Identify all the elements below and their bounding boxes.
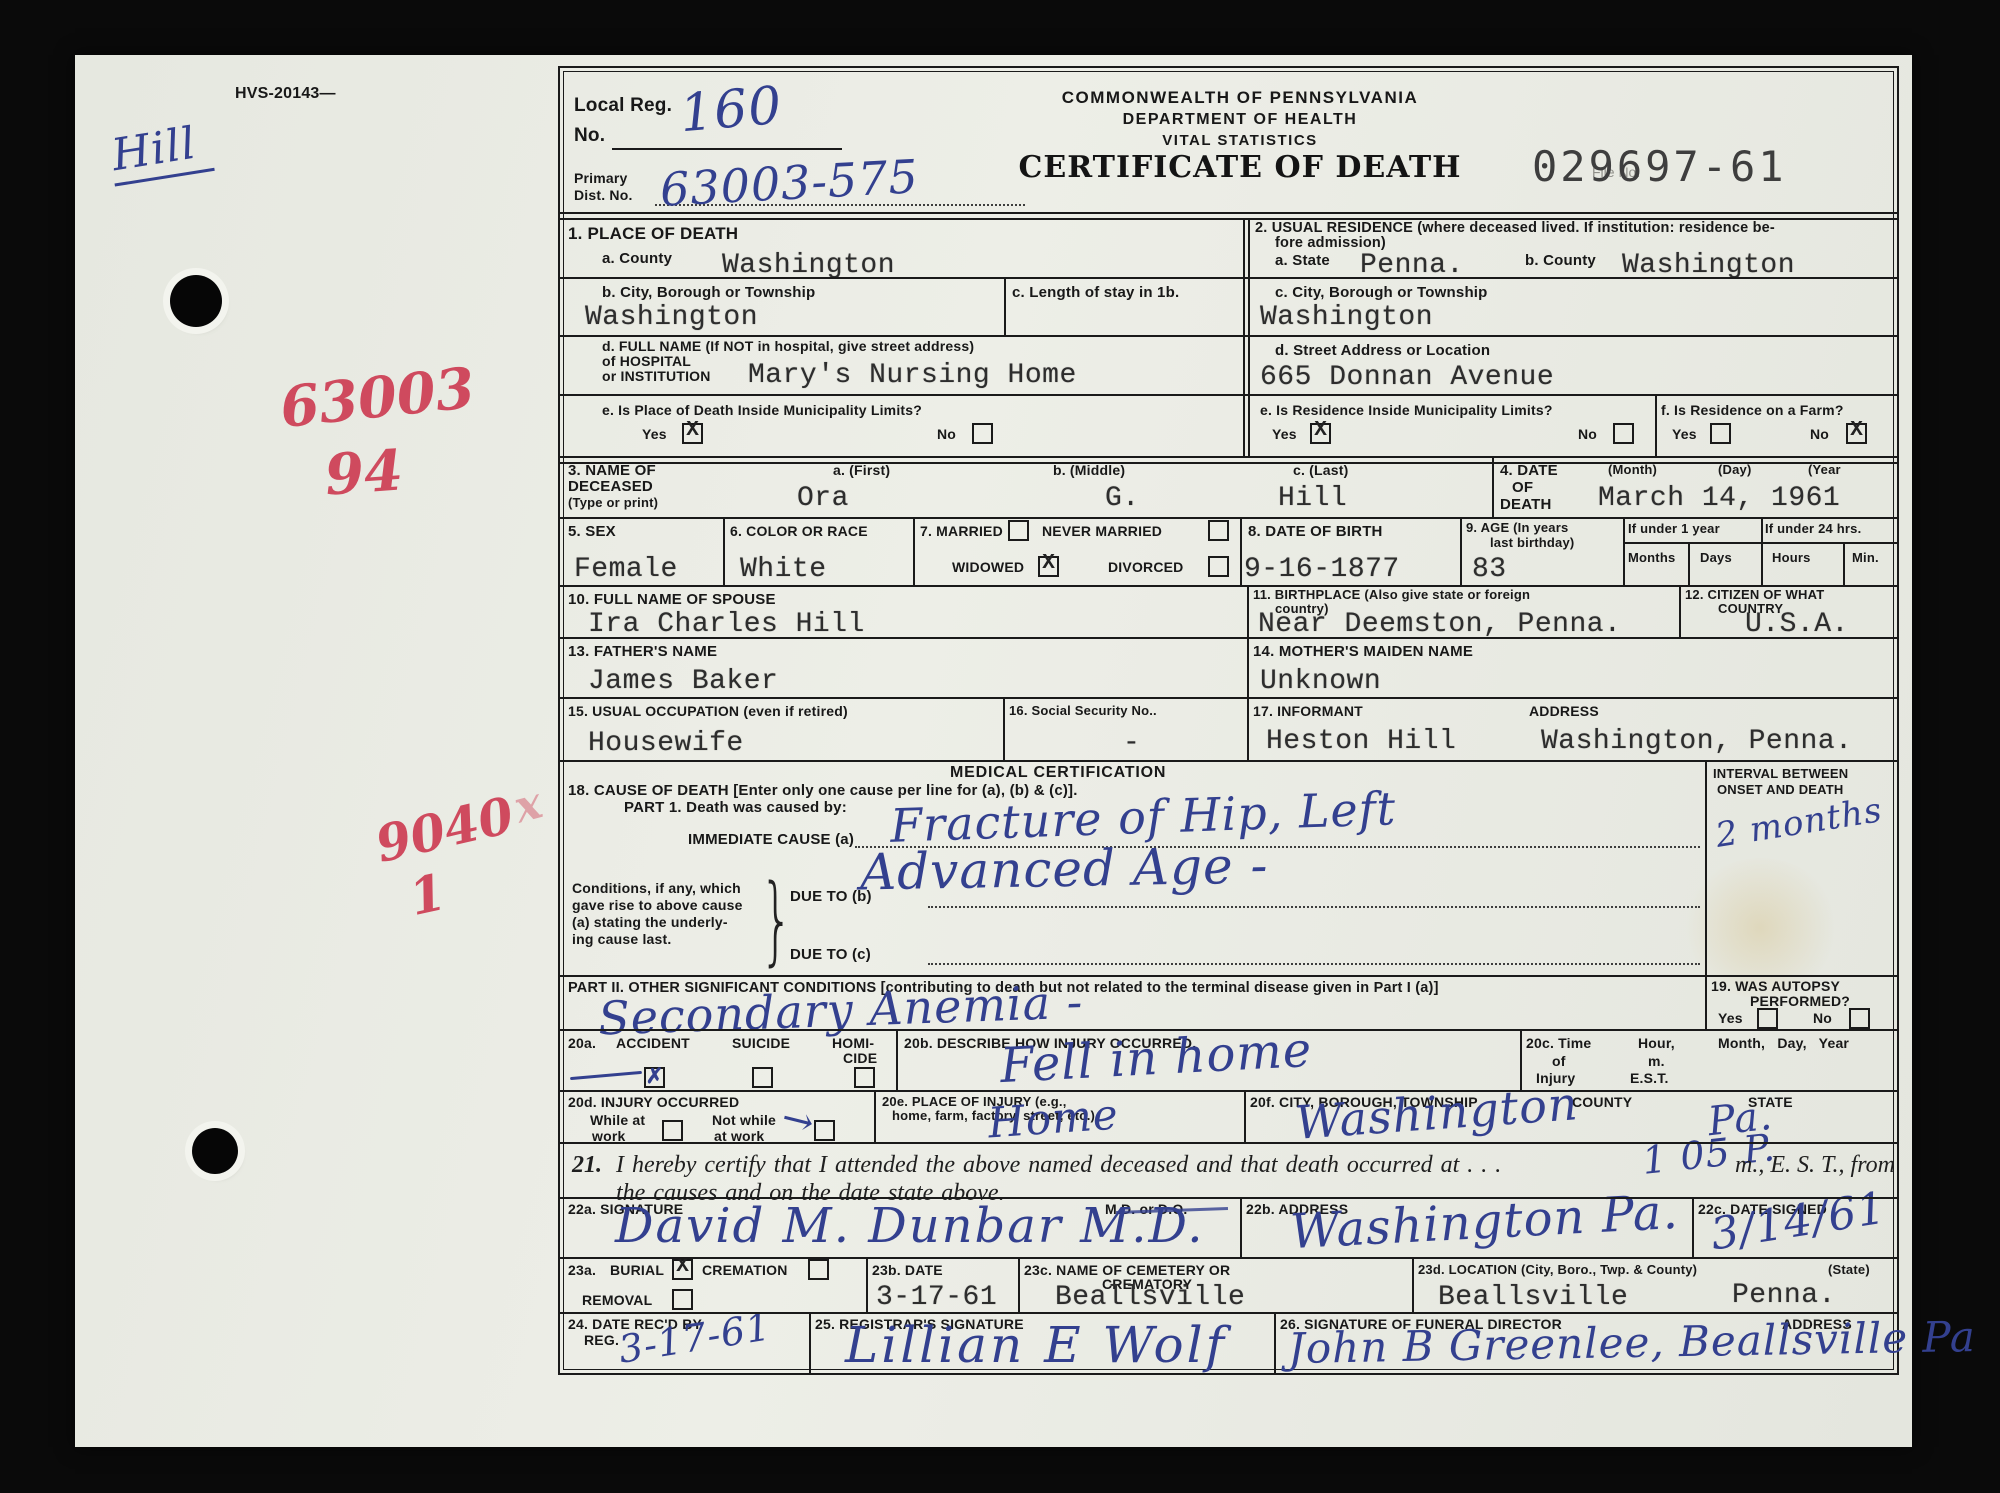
- s23a-num: 23a.: [568, 1262, 596, 1278]
- s2e-no-checkbox: [1613, 423, 1634, 444]
- paper-stain: [1680, 858, 1840, 998]
- s1b-city-value: Washington: [585, 302, 758, 333]
- s1e-label: e. Is Place of Death Inside Municipality…: [602, 402, 922, 418]
- form-reference-number: HVS-20143—: [235, 85, 336, 103]
- s9-label-1: 9. AGE (In years: [1466, 520, 1568, 535]
- s23a-cremation-checkbox: [808, 1259, 829, 1280]
- s20d-while-label-1: While at: [590, 1112, 645, 1128]
- s24-date-handwritten: 3-17-61: [616, 1304, 775, 1371]
- s18-conditions-line2: gave rise to above cause: [572, 897, 743, 913]
- grid-line-vertical: [1247, 585, 1249, 760]
- punch-hole: [192, 1128, 238, 1174]
- s3-last-name: Hill: [1278, 483, 1347, 514]
- header-divider: [560, 212, 1897, 220]
- s16-label: 16. Social Security No..: [1009, 703, 1157, 718]
- s20d-while-checkbox: [662, 1120, 683, 1141]
- s1d-label-3: or INSTITUTION: [602, 368, 711, 384]
- s4-label-2: OF: [1512, 479, 1533, 496]
- s1c-label: c. Length of stay in 1b.: [1012, 284, 1179, 301]
- vital-statistics-line: VITAL STATISTICS: [860, 132, 1620, 149]
- s20a-accident-label: ACCIDENT: [616, 1035, 690, 1051]
- s2f-label: f. Is Residence on a Farm?: [1661, 402, 1844, 418]
- local-reg-underline: [612, 148, 842, 150]
- grid-line-vertical: [1244, 1090, 1246, 1142]
- s22b-address-handwritten: Washington Pa.: [1289, 1184, 1680, 1260]
- grid-line: [560, 637, 1897, 639]
- s4-day-label: (Day): [1718, 462, 1752, 477]
- s11-label-1: 11. BIRTHPLACE (Also give state or forei…: [1253, 587, 1530, 602]
- physician-signature: David M. Dunbar M.D.: [615, 1198, 1205, 1254]
- s1b-label: b. City, Borough or Township: [602, 284, 815, 301]
- grid-line-vertical: [1240, 1197, 1242, 1257]
- s2e-no-label: No: [1578, 426, 1597, 442]
- s3-middle-name: G.: [1105, 483, 1140, 514]
- grid-line: [560, 1197, 1897, 1199]
- grid-line-vertical: [1655, 394, 1657, 458]
- s18-part1-label: PART 1. Death was caused by:: [624, 799, 847, 816]
- s20f-city-handwritten: Washington: [1293, 1076, 1580, 1150]
- s20f-county-label: COUNTY: [1572, 1094, 1632, 1110]
- s2c-label: c. City, Borough or Township: [1275, 284, 1488, 301]
- primary-label: Primary: [574, 170, 628, 186]
- s7-never-married-checkbox: [1208, 520, 1229, 541]
- s19-yes-label: Yes: [1718, 1010, 1743, 1026]
- s4-year-label: (Year: [1808, 462, 1841, 477]
- s2a-label: a. State: [1275, 252, 1330, 269]
- s1e-yes-checkbox: X: [682, 423, 703, 444]
- s20c-mdy-label: Month, Day, Year: [1718, 1035, 1849, 1051]
- s20d-notwhile-label-1: Not while: [712, 1112, 776, 1128]
- handwritten-surname-note: Hill: [106, 115, 214, 186]
- interval-label-2: ONSET AND DEATH: [1717, 782, 1844, 797]
- s1e-yes-label: Yes: [642, 426, 667, 442]
- grid-line: [560, 1257, 1897, 1259]
- s1-title: 1. PLACE OF DEATH: [568, 224, 738, 244]
- department-line: DEPARTMENT OF HEALTH: [860, 111, 1620, 129]
- s9-under24-label: If under 24 hrs.: [1765, 521, 1861, 536]
- s2d-label: d. Street Address or Location: [1275, 342, 1490, 359]
- s5-label: 5. SEX: [568, 523, 616, 540]
- s2b-label: b. County: [1525, 252, 1596, 269]
- red-pencil-code-line2: 94: [323, 437, 405, 508]
- s3a-label: a. (First): [833, 462, 890, 478]
- punch-hole: [170, 275, 222, 327]
- s23d-label: 23d. LOCATION (City, Boro., Twp. & Count…: [1418, 1262, 1697, 1277]
- dist-no-label: Dist. No.: [574, 187, 633, 203]
- s20a-suicide-label: SUICIDE: [732, 1035, 790, 1051]
- s19-no-checkbox: [1849, 1008, 1870, 1029]
- s23a-burial-checkbox: X: [672, 1259, 693, 1280]
- s20d-label: 20d. INJURY OCCURRED: [568, 1094, 739, 1110]
- s10-label: 10. FULL NAME OF SPOUSE: [568, 591, 776, 608]
- grid-line: [560, 277, 1897, 279]
- s10-spouse-value: Ira Charles Hill: [588, 609, 865, 640]
- grid-line-vertical: [866, 1257, 868, 1312]
- grid-line-vertical: [1412, 1257, 1414, 1312]
- s20c-m-label: m.: [1648, 1053, 1665, 1069]
- s21-statement-pre: I hereby certify that I attended the abo…: [616, 1152, 1501, 1179]
- grid-line-vertical: [1492, 456, 1494, 517]
- s3c-label: c. (Last): [1293, 462, 1348, 478]
- s19-no-label: No: [1813, 1010, 1832, 1026]
- s18-conditions-line3: (a) stating the underly-: [572, 914, 728, 930]
- interval-value-handwritten: 2 months: [1713, 790, 1885, 856]
- s12-label-1: 12. CITIZEN OF WHAT: [1685, 587, 1824, 602]
- certificate-title: CERTIFICATE OF DEATH: [860, 150, 1620, 185]
- s23d-state-label: (State): [1828, 1262, 1870, 1277]
- s8-label: 8. DATE OF BIRTH: [1248, 523, 1383, 540]
- grid-line-vertical: [1843, 542, 1845, 585]
- grid-line-vertical: [1679, 585, 1681, 637]
- grid-line: [560, 760, 1897, 762]
- s24-label-2: REG.: [584, 1332, 619, 1348]
- s23d-state-value: Penna.: [1732, 1280, 1836, 1311]
- medical-certification-title: MEDICAL CERTIFICATION: [950, 764, 1166, 782]
- s2f-no-mark: X: [1846, 419, 1867, 442]
- s20e-value-handwritten: Home: [986, 1090, 1120, 1148]
- s17-informant-address-value: Washington, Penna.: [1541, 726, 1852, 757]
- s20a-accident-mark: ✗: [644, 1063, 665, 1088]
- grid-line-vertical: [874, 1090, 876, 1142]
- s23c-cemetery-value: Beallsville: [1055, 1282, 1245, 1313]
- s8-date-of-birth-value: 9-16-1877: [1244, 554, 1400, 585]
- s1d-label-2: of HOSPITAL: [602, 353, 691, 369]
- s1d-label-1: d. FULL NAME (If NOT in hospital, give s…: [602, 338, 974, 354]
- s7-widowed-checkbox: X: [1038, 556, 1059, 577]
- s21-statement-post: m., E. S. T., from: [1735, 1152, 1895, 1179]
- grid-line: [560, 517, 1897, 519]
- red-pencil-cause-code: 9040: [370, 785, 519, 874]
- s9-label-2: last birthday): [1490, 535, 1574, 550]
- s16-ssn-value: -: [1123, 728, 1140, 759]
- grid-line: [560, 697, 1897, 699]
- s9-hours-label: Hours: [1772, 550, 1811, 565]
- s22c-date-handwritten: 3/14/61: [1707, 1182, 1889, 1260]
- grid-line: [560, 1142, 1897, 1144]
- s23b-label: 23b. DATE: [872, 1262, 943, 1278]
- brace-glyph: }: [760, 864, 794, 976]
- s1e-no-label: No: [937, 426, 956, 442]
- grid-line-vertical: [1243, 218, 1245, 458]
- local-reg-label: Local Reg.: [574, 95, 672, 117]
- s2e-label: e. Is Residence Inside Municipality Limi…: [1260, 402, 1553, 418]
- s18-conditions-line4: ing cause last.: [572, 931, 671, 947]
- red-pencil-code-line2: 1: [404, 862, 450, 927]
- grid-line-vertical: [913, 517, 915, 585]
- cause-b-handwritten: Advanced Age -: [860, 836, 1269, 901]
- s2f-no-label: No: [1810, 426, 1829, 442]
- s4-label-3: DEATH: [1500, 496, 1552, 513]
- s7-married-label: 7. MARRIED: [920, 523, 1003, 539]
- s2d-address-value: 665 Donnan Avenue: [1260, 362, 1554, 393]
- s20c-est-label: E.S.T.: [1630, 1070, 1669, 1086]
- grid-line: [560, 1312, 1897, 1314]
- grid-line-vertical: [723, 517, 725, 585]
- grid-line-vertical: [1705, 760, 1707, 1029]
- s2e-yes-checkbox: X: [1310, 423, 1331, 444]
- grid-line: [560, 394, 1897, 396]
- s4-month-label: (Month): [1608, 462, 1657, 477]
- grid-line-vertical: [1003, 697, 1005, 760]
- s3-first-name: Ora: [797, 483, 849, 514]
- file-number-stamp: 029697-61: [1532, 142, 1787, 191]
- s1a-label: a. County: [602, 250, 672, 267]
- grid-line-vertical: [1520, 1029, 1522, 1090]
- s2f-no-checkbox: X: [1846, 423, 1867, 444]
- s17-informant-value: Heston Hill: [1266, 726, 1456, 757]
- s19-yes-checkbox: [1757, 1008, 1778, 1029]
- s2f-yes-label: Yes: [1672, 426, 1697, 442]
- grid-line: [560, 1029, 1897, 1031]
- paper-sheet: HVS-20143— Hill 63003 94 9040 x 1 Local …: [75, 55, 1912, 1447]
- grid-line-vertical: [896, 1029, 898, 1090]
- grid-line-vertical: [1761, 517, 1763, 585]
- s20a-suicide-checkbox: [752, 1067, 773, 1088]
- s12-citizen-value: U.S.A.: [1745, 609, 1849, 640]
- grid-line-vertical: [1460, 517, 1462, 585]
- s17-address-label: ADDRESS: [1529, 703, 1599, 719]
- grid-line-vertical: [1004, 277, 1006, 335]
- s19-label-1: 19. WAS AUTOPSY: [1711, 978, 1840, 994]
- s15-occupation-value: Housewife: [588, 728, 744, 759]
- grid-line-vertical: [1623, 517, 1625, 585]
- grid-line-vertical: [1688, 542, 1690, 585]
- s7-never-married-label: NEVER MARRIED: [1042, 523, 1162, 539]
- s7-widowed-mark: X: [1038, 552, 1059, 575]
- s1e-no-checkbox: [972, 423, 993, 444]
- s23a-removal-label: REMOVAL: [582, 1292, 652, 1308]
- s23a-removal-checkbox: [672, 1289, 693, 1310]
- s9-min-label: Min.: [1852, 550, 1879, 565]
- s18-immediate-cause-label: IMMEDIATE CAUSE (a): [688, 831, 854, 848]
- red-pencil-district-code: 63003: [277, 355, 478, 441]
- s20a-accident-checkbox: ✗: [644, 1067, 665, 1088]
- s23a-burial-label: BURIAL: [610, 1262, 664, 1278]
- s4-date-of-death-value: March 14, 1961: [1598, 483, 1840, 514]
- grid-line-vertical: [1240, 517, 1242, 585]
- cause-b-dotted-line: [928, 906, 1700, 908]
- grid-line-vertical: [1274, 1312, 1276, 1373]
- commonwealth-line: COMMONWEALTH OF PENNSYLVANIA: [860, 88, 1620, 108]
- s1e-yes-mark: X: [682, 419, 703, 442]
- s2e-yes-mark: X: [1310, 419, 1331, 442]
- grid-line-vertical: [809, 1312, 811, 1373]
- s1d-institution-value: Mary's Nursing Home: [748, 360, 1077, 391]
- interval-label-1: INTERVAL BETWEEN: [1713, 766, 1848, 781]
- s3b-label: b. (Middle): [1053, 462, 1125, 478]
- s7-divorced-checkbox: [1208, 556, 1229, 577]
- grid-line: [1623, 542, 1897, 544]
- s14-label: 14. MOTHER'S MAIDEN NAME: [1253, 643, 1473, 660]
- grid-line-vertical: [1018, 1257, 1020, 1312]
- s2-title-1: 2. USUAL RESIDENCE (where deceased lived…: [1255, 220, 1775, 236]
- grid-line: [560, 585, 1897, 587]
- grid-line: [560, 975, 1897, 977]
- s20b-value-handwritten: Fell in home: [999, 1022, 1314, 1094]
- s20a-homicide-label-2: CIDE: [843, 1050, 877, 1066]
- s5-sex-value: Female: [574, 554, 678, 585]
- grid-line: [560, 335, 1897, 337]
- s20a-homicide-label-1: HOMI-: [832, 1035, 874, 1051]
- s18-due-to-c-label: DUE TO (c): [790, 946, 871, 963]
- s19-label-2: PERFORMED?: [1750, 993, 1850, 1009]
- s23d-location-value: Beallsville: [1438, 1282, 1628, 1313]
- s11-birthplace-value: Near Deemston, Penna.: [1258, 609, 1621, 640]
- s2-title-2: fore admission): [1275, 235, 1386, 251]
- s17-label: 17. INFORMANT: [1253, 703, 1363, 719]
- s20d-notwhile-checkbox: [814, 1120, 835, 1141]
- s13-label: 13. FATHER'S NAME: [568, 643, 717, 660]
- s15-label: 15. USUAL OCCUPATION (even if retired): [568, 703, 848, 719]
- s21-num: 21.: [572, 1152, 602, 1179]
- s18-conditions-line1: Conditions, if any, which: [572, 880, 741, 896]
- s20c-label-2: of: [1552, 1053, 1566, 1069]
- s23a-cremation-label: CREMATION: [702, 1262, 788, 1278]
- s3-label-3: (Type or print): [568, 495, 658, 510]
- s23b-date-value: 3-17-61: [876, 1282, 997, 1313]
- s7-divorced-label: DIVORCED: [1108, 559, 1184, 575]
- local-reg-value-handwritten: 160: [678, 76, 785, 145]
- s3-label-1: 3. NAME OF: [568, 462, 656, 479]
- certificate-form: Local Reg. No. 160 Primary Dist. No. 630…: [558, 66, 1899, 1375]
- s6-race-value: White: [740, 554, 827, 585]
- s20c-label-1: 20c. Time: [1526, 1035, 1591, 1051]
- grid-line-vertical: [1692, 1197, 1694, 1257]
- accident-mark-tail: [570, 1071, 642, 1080]
- s9-under1yr-label: If under 1 year: [1628, 521, 1720, 536]
- grid-line-vertical: [1248, 218, 1250, 458]
- s14-mother-value: Unknown: [1260, 666, 1381, 697]
- s20c-hour-label: Hour,: [1638, 1035, 1675, 1051]
- s9-age-value: 83: [1472, 554, 1507, 585]
- s7-married-checkbox: [1008, 520, 1029, 541]
- local-reg-no-label: No.: [574, 125, 605, 147]
- s6-label: 6. COLOR OR RACE: [730, 523, 868, 539]
- s9-days-label: Days: [1700, 550, 1732, 565]
- s2c-city-value: Washington: [1260, 302, 1433, 333]
- s3-label-2: DECEASED: [568, 478, 653, 495]
- s9-months-label: Months: [1628, 550, 1675, 565]
- s20a-homicide-checkbox: [854, 1067, 875, 1088]
- cause-c-dotted-line: [928, 963, 1700, 965]
- s20a-num: 20a.: [568, 1035, 596, 1051]
- s7-widowed-label: WIDOWED: [952, 559, 1024, 575]
- s2f-yes-checkbox: [1710, 423, 1731, 444]
- grid-line: [560, 1090, 1897, 1092]
- grid-line-double: [560, 456, 1897, 464]
- scanned-death-certificate: HVS-20143— Hill 63003 94 9040 x 1 Local …: [0, 0, 2000, 1493]
- s13-father-value: James Baker: [588, 666, 778, 697]
- registrar-signature: Lillian E Wolf: [845, 1316, 1227, 1374]
- s4-label-1: 4. DATE: [1500, 462, 1558, 479]
- s2e-yes-label: Yes: [1272, 426, 1297, 442]
